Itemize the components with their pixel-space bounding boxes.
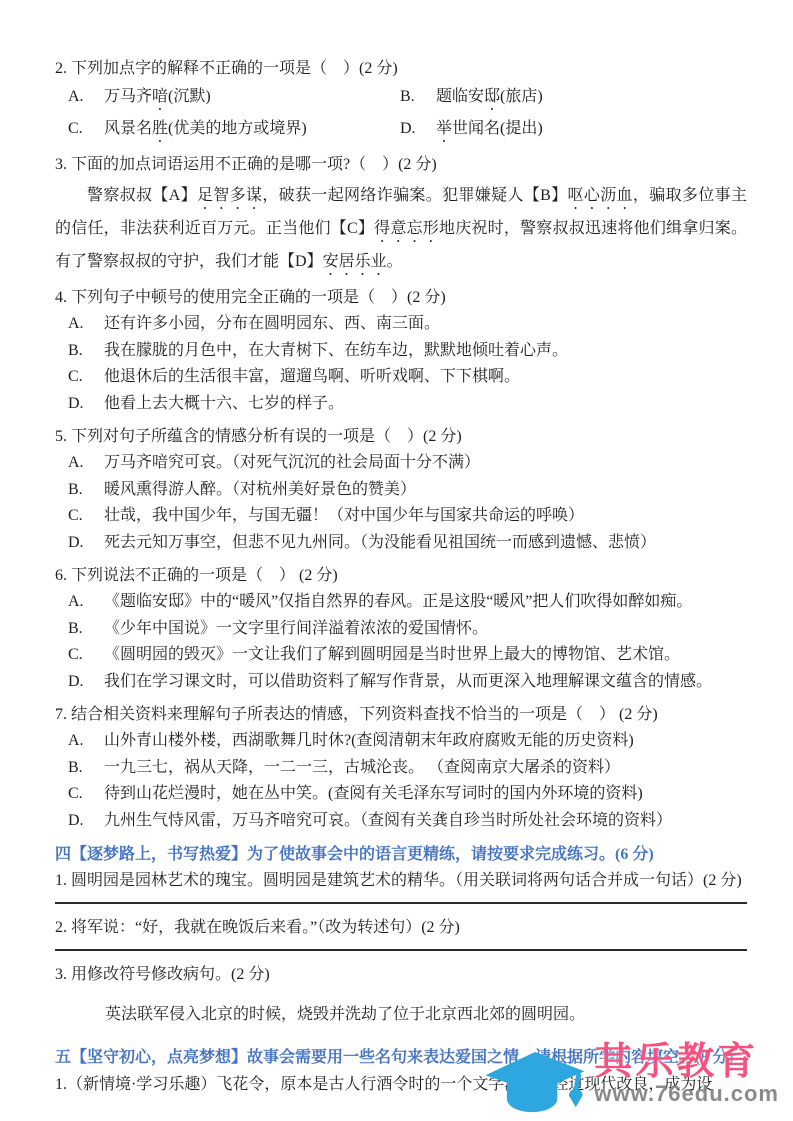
- option-text: 他看上去大概十六、七岁的样子。: [104, 391, 747, 418]
- question-4-options: A.还有许多小园，分布在圆明园东、西、南三面。 B.我在朦胧的月色中，在大青树下…: [55, 311, 747, 417]
- option-letter: D.: [68, 391, 104, 418]
- logo-text: 其乐教育 www.76edu.com: [594, 1042, 779, 1106]
- option-letter: A.: [68, 82, 104, 114]
- question-6-options: A.《题临安邸》中的“暖风”仅指自然界的春风。正是这股“暖风”把人们吹得如醉如痴…: [55, 589, 747, 695]
- option-text: 我们在学习课文时，可以借助资料了解写作背景，从而更深入地理解课文蕴含的情感。: [104, 669, 747, 696]
- option-letter: A.: [68, 450, 104, 477]
- option-text: 万马齐喑究可哀。（对死气沉沉的社会局面十分不满）: [104, 450, 747, 477]
- question-2: 2. 下列加点字的解释不正确的一项是（ ）(2 分) A. 万马齐喑(沉默) B…: [55, 56, 747, 146]
- option-text: 《圆明园的毁灭》一文让我们了解到圆明园是当时世界上最大的博物馆、艺术馆。: [104, 642, 747, 669]
- question-5-option-d: D.死去元知万事空，但悲不见九州同。（为没能看见祖国统一而感到遗憾、悲愤）: [68, 530, 747, 557]
- question-6-stem: 6. 下列说法不正确的一项是（ ） (2 分): [55, 563, 747, 589]
- dotted-character: 举: [436, 120, 452, 137]
- exam-content: 2. 下列加点字的解释不正确的一项是（ ）(2 分) A. 万马齐喑(沉默) B…: [55, 56, 747, 1098]
- dotted-word: 呕心沥血: [568, 187, 633, 204]
- option-text: 九州生气恃风雷，万马齐喑究可哀。（查阅有关龚自珍当时所处社会环境的资料）: [104, 808, 747, 835]
- question-7: 7. 结合相关资料来理解句子所表达的情感，下列资料查找不恰当的一项是（ ） (2…: [55, 702, 747, 834]
- option-text: 举世闻名(提出): [436, 114, 747, 146]
- option-text: 暖风熏得游人醉。（对杭州美好景色的赞美）: [104, 477, 747, 504]
- question-6-option-a: A.《题临安邸》中的“暖风”仅指自然界的春风。正是这股“暖风”把人们吹得如醉如痴…: [68, 589, 747, 616]
- question-5-option-c: C.壮哉，我中国少年，与国无疆！（对中国少年与国家共命运的呼唤）: [68, 503, 747, 530]
- question-4-option-c: C.他退休后的生活很丰富，遛遛鸟啊、听听戏啊、下下棋啊。: [68, 364, 747, 391]
- passage-segment: ，破获一起网络诈骗案。犯罪嫌疑人【B】: [262, 187, 567, 204]
- option-letter: A.: [68, 311, 104, 338]
- question-4-stem: 4. 下列句子中顿号的使用完全正确的一项是（ ）(2 分): [55, 285, 747, 311]
- option-text-post: (优美的地方或境界): [168, 120, 307, 137]
- option-letter: D.: [68, 669, 104, 696]
- option-letter: B.: [68, 616, 104, 643]
- question-7-option-d: D.九州生气恃风雷，万马齐喑究可哀。（查阅有关龚自珍当时所处社会环境的资料）: [68, 808, 747, 835]
- question-6-option-c: C.《圆明园的毁灭》一文让我们了解到圆明园是当时世界上最大的博物馆、艺术馆。: [68, 642, 747, 669]
- question-2-options: A. 万马齐喑(沉默) B. 题临安邸(旅店) C. 风景名胜(优美的地方或境界…: [55, 82, 747, 146]
- graduation-cap-icon: [480, 1050, 590, 1116]
- option-letter: B.: [400, 82, 436, 114]
- section-4-question-2: 2. 将军说：“好，我就在晚饭后来看。”（改为转述句）(2 分): [55, 915, 747, 941]
- option-letter: A.: [68, 728, 104, 755]
- question-4: 4. 下列句子中顿号的使用完全正确的一项是（ ）(2 分) A.还有许多小园，分…: [55, 285, 747, 417]
- option-letter: D.: [400, 114, 436, 146]
- answer-line: [55, 949, 747, 951]
- dotted-character: 喑: [152, 88, 168, 105]
- logo-brand-name: 其乐教育: [594, 1042, 758, 1082]
- question-7-option-a: A.山外青山楼外楼，西湖歌舞几时休?(查阅清朝末年政府腐败无能的历史资料): [68, 728, 747, 755]
- section-4-question-3: 3. 用修改符号修改病句。(2 分): [55, 962, 747, 988]
- option-letter: B.: [68, 755, 104, 782]
- question-3-stem: 3. 下面的加点词语运用不正确的是哪一项?（ ）(2 分): [55, 152, 747, 178]
- question-4-option-b: B.我在朦胧的月色中，在大青树下、在纺车边，默默地倾吐着心声。: [68, 338, 747, 365]
- option-text-pre: 题临安: [436, 88, 484, 105]
- option-letter: D.: [68, 808, 104, 835]
- question-5-option-a: A.万马齐喑究可哀。（对死气沉沉的社会局面十分不满）: [68, 450, 747, 477]
- passage-segment: 。: [387, 253, 403, 270]
- question-3: 3. 下面的加点词语运用不正确的是哪一项?（ ）(2 分) 警察叔叔【A】足智多…: [55, 152, 747, 279]
- question-5-stem: 5. 下列对句子所蕴含的情感分析有误的一项是（ ）(2 分): [55, 424, 747, 450]
- question-5: 5. 下列对句子所蕴含的情感分析有误的一项是（ ）(2 分) A.万马齐喑究可哀…: [55, 424, 747, 556]
- question-4-option-a: A.还有许多小园，分布在圆明园东、西、南三面。: [68, 311, 747, 338]
- option-text-post: (旅店): [500, 88, 543, 105]
- question-4-option-d: D.他看上去大概十六、七岁的样子。: [68, 391, 747, 418]
- option-letter: C.: [68, 114, 104, 146]
- option-text: 我在朦胧的月色中，在大青树下、在纺车边，默默地倾吐着心声。: [104, 338, 747, 365]
- option-letter: A.: [68, 589, 104, 616]
- section-4: 四【逐梦路上，书写热爱】为了使故事会中的语言更精练，请按要求完成练习。(6 分)…: [55, 842, 747, 1028]
- option-text: 壮哉，我中国少年，与国无疆！（对中国少年与国家共命运的呼唤）: [104, 503, 747, 530]
- section-4-heading: 四【逐梦路上，书写热爱】为了使故事会中的语言更精练，请按要求完成练习。(6 分): [55, 842, 747, 868]
- question-3-passage: 警察叔叔【A】足智多谋，破获一起网络诈骗案。犯罪嫌疑人【B】呕心沥血，骗取多位事…: [55, 180, 747, 279]
- option-text: 他退休后的生活很丰富，遛遛鸟啊、听听戏啊、下下棋啊。: [104, 364, 747, 391]
- passage-segment: 警察叔叔【A】: [87, 187, 197, 204]
- question-6-option-d: D.我们在学习课文时，可以借助资料了解写作背景，从而更深入地理解课文蕴含的情感。: [68, 669, 747, 696]
- option-text-post: 世闻名(提出): [452, 120, 543, 137]
- option-text: 还有许多小园，分布在圆明园东、西、南三面。: [104, 311, 747, 338]
- answer-line: [55, 902, 747, 904]
- option-text-pre: 万马齐: [104, 88, 152, 105]
- option-text-post: (沉默): [168, 88, 211, 105]
- option-letter: C.: [68, 364, 104, 391]
- question-6: 6. 下列说法不正确的一项是（ ） (2 分) A.《题临安邸》中的“暖风”仅指…: [55, 563, 747, 695]
- section-4-question-1: 1. 圆明园是园林艺术的瑰宝。圆明园是建筑艺术的精华。（用关联词将两句话合并成一…: [55, 868, 747, 894]
- question-2-stem: 2. 下列加点字的解释不正确的一项是（ ）(2 分): [55, 56, 747, 82]
- option-letter: B.: [68, 477, 104, 504]
- question-7-option-c: C.待到山花烂漫时，她在丛中笑。(查阅有关毛泽东写词时的国内外环境的资料): [68, 781, 747, 808]
- option-letter: C.: [68, 781, 104, 808]
- option-letter: C.: [68, 503, 104, 530]
- question-5-options: A.万马齐喑究可哀。（对死气沉沉的社会局面十分不满） B.暖风熏得游人醉。（对杭…: [55, 450, 747, 556]
- option-text: 山外青山楼外楼，西湖歌舞几时休?(查阅清朝末年政府腐败无能的历史资料): [104, 728, 747, 755]
- question-6-option-b: B.《少年中国说》一文字里行间洋溢着浓浓的爱国情怀。: [68, 616, 747, 643]
- dotted-word: 得意忘形: [374, 220, 439, 237]
- option-text-pre: 风景名: [104, 120, 152, 137]
- option-text: 待到山花烂漫时，她在丛中笑。(查阅有关毛泽东写词时的国内外环境的资料): [104, 781, 747, 808]
- option-text: 《少年中国说》一文字里行间洋溢着浓浓的爱国情怀。: [104, 616, 747, 643]
- watermark-logo: 其乐教育 www.76edu.com: [480, 1042, 779, 1116]
- option-text: 死去元知万事空，但悲不见九州同。（为没能看见祖国统一而感到遗憾、悲愤）: [104, 530, 747, 557]
- option-text: 题临安邸(旅店): [436, 82, 747, 114]
- logo-url: www.76edu.com: [594, 1082, 779, 1106]
- question-7-option-b: B.一九三七，祸从天降，一二一三，古城沦丧。 （查阅南京大屠杀的资料）: [68, 755, 747, 782]
- question-2-option-c: C. 风景名胜(优美的地方或境界): [68, 114, 400, 146]
- section-4-question-3-sentence: 英法联军侵入北京的时候，烧毁并洗劫了位于北京西北郊的圆明园。: [55, 1002, 747, 1028]
- question-5-option-b: B.暖风熏得游人醉。（对杭州美好景色的赞美）: [68, 477, 747, 504]
- question-2-option-b: B. 题临安邸(旅店): [400, 82, 747, 114]
- question-7-options: A.山外青山楼外楼，西湖歌舞几时休?(查阅清朝末年政府腐败无能的历史资料) B.…: [55, 728, 747, 834]
- question-7-stem: 7. 结合相关资料来理解句子所表达的情感，下列资料查找不恰当的一项是（ ） (2…: [55, 702, 747, 728]
- question-2-option-a: A. 万马齐喑(沉默): [68, 82, 400, 114]
- option-letter: D.: [68, 530, 104, 557]
- dotted-character: 胜: [152, 120, 168, 137]
- option-letter: C.: [68, 642, 104, 669]
- option-text: 一九三七，祸从天降，一二一三，古城沦丧。 （查阅南京大屠杀的资料）: [104, 755, 747, 782]
- option-text: 万马齐喑(沉默): [104, 82, 400, 114]
- dotted-character: 邸: [484, 88, 500, 105]
- option-text: 风景名胜(优美的地方或境界): [104, 114, 400, 146]
- question-2-option-d: D. 举世闻名(提出): [400, 114, 747, 146]
- option-text: 《题临安邸》中的“暖风”仅指自然界的春风。正是这股“暖风”把人们吹得如醉如痴。: [104, 589, 747, 616]
- exam-page: 2. 下列加点字的解释不正确的一项是（ ）(2 分) A. 万马齐喑(沉默) B…: [0, 0, 793, 1121]
- dotted-word: 安居乐业: [323, 253, 387, 270]
- option-letter: B.: [68, 338, 104, 365]
- dotted-word: 足智多谋: [197, 187, 262, 204]
